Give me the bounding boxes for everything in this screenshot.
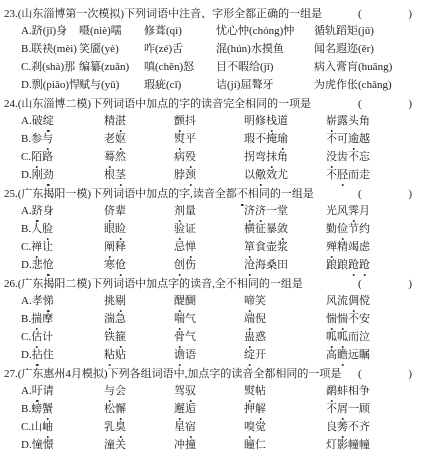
char: 目 [216,61,227,74]
char: 走 [359,169,370,182]
emphasized-char: 逾 [348,133,359,146]
option-word: 编纂(zuǎn) [79,61,129,74]
char: 二 [65,97,76,112]
char: ) [389,61,393,74]
option-word: 驾驭 [174,385,196,398]
option-word: 以儆效尤 [244,169,288,182]
char: 舌 [172,43,183,56]
emphasized-char: 殚 [326,241,337,254]
char: 点 [157,187,168,202]
option-label: B. [21,43,31,56]
option-word: 熨平 [174,133,196,146]
char: 跻 [32,25,43,38]
char: 壶 [266,241,277,254]
option-word: 风流倜傥 [326,295,370,308]
answer-brackets: () [358,187,416,202]
char: 字 [168,277,179,292]
option-word: 绽开 [244,349,266,362]
char: 山 [21,97,32,112]
question-block: 25.(广东揭阳一模)下列词语中加点的字,读音全都不相同的一组是()A.跻身侪辈… [4,187,416,272]
option-cell: A.跻(jī)身 [21,25,79,38]
char: 不 [348,313,359,326]
char: 语 [124,277,135,292]
char: 列 [102,97,113,112]
char: 模 [98,7,109,22]
bracket-close: ) [408,97,412,112]
char: 修 [255,115,266,128]
option-cell: 眼睑 [104,223,174,236]
emphasized-char: 鹬 [326,385,337,398]
char: 铁 [104,331,115,344]
option-row: C.刹(shà)那编纂(zuǎn)嗔(chēn)怒目不暇给(jǐ)病入膏肓(hu… [4,61,416,74]
char: 横 [244,223,255,236]
option-row: A.跻身侪辈剂量济济一堂光风霁月 [4,205,416,218]
emphasized-char: 呱 [326,331,337,344]
emphasized-char: 侪 [104,205,115,218]
emphasized-char: 解 [255,403,266,416]
char: 模 [76,97,87,112]
char: 心 [227,25,238,38]
option-cell: 瑕疵(cī) [144,79,216,92]
option-cell: 与会 [104,385,174,398]
char: 乳 [104,421,115,434]
option-word: 参与 [31,133,53,146]
char: 螃 [31,403,42,416]
char: 次 [87,7,98,22]
option-cell: 松懈 [104,403,174,416]
option-word: 明修栈道 [244,115,288,128]
option-word: 破绽 [32,115,54,128]
char: 约 [359,223,370,236]
emphasized-char: 创 [174,259,185,272]
char: 字 [179,97,190,112]
emphasized-char: 瞻 [337,349,348,362]
option-word: 星宿 [174,421,196,434]
char: 量 [185,205,196,218]
char: 词 [113,97,124,112]
option-cell: 阐释 [104,241,174,254]
char: 辈 [115,205,126,218]
char: 摩 [42,313,53,326]
emphasized-char: 醍 [174,295,185,308]
question-header: 23.(山东淄博第一次模拟)下列词语中注音、字形全都正确的一组是() [4,7,416,22]
option-word: 剂量 [174,205,196,218]
char: 列 [119,367,130,382]
option-word: 赋与(yǔ) [79,79,119,92]
char: 一 [348,403,359,416]
char: 编 [79,61,90,74]
option-cell: A.吁请 [21,385,104,398]
option-cell: 喘气 [174,313,244,326]
option-word: 吁请 [32,385,54,398]
option-cell: 以儆效尤 [244,169,326,182]
char: 相 [237,277,248,292]
char: 是 [330,367,341,382]
option-row: A.孝悌挑剔醍醐啼笑风流倜傥 [4,295,416,308]
char: 同 [286,367,297,382]
char: 中 [135,187,146,202]
char: 脖 [174,169,185,182]
char: 组 [300,7,311,22]
char: 田 [277,259,288,272]
char: ) [73,43,77,56]
char: 给 [249,61,260,74]
option-cell: 创伤 [174,259,244,272]
option-cell: B.人脸 [21,223,104,236]
char: 气 [185,331,196,344]
option-cell: 瞳仁 [244,439,326,450]
option-row: B.螃蟹松懈邂逅押解不屑一顾 [4,403,416,416]
char: 名 [325,43,336,56]
char: 弯 [255,151,266,164]
char: 瑕 [144,79,155,92]
char: 的 [190,97,201,112]
option-word: 病殁 [174,151,196,164]
option-cell: 精湛 [104,115,174,128]
char: 音 [201,277,212,292]
option-cell: 病入膏肓(huāng) [314,61,416,74]
char: 不 [326,403,337,416]
char: 刚 [32,169,43,182]
char: 的 [259,277,270,292]
char: 不 [326,133,337,146]
option-word: 联袂(mèi) [31,43,77,56]
question-number: 26. [4,277,18,292]
answer-brackets: () [358,97,416,112]
option-word: 循轨蹈矩(jū) [314,25,374,38]
emphasized-char: 惴 [326,313,337,326]
char: 的 [278,7,289,22]
option-row: D.刚劲根茎脖颈以儆效尤不胫而走 [4,169,416,182]
char: 全 [234,97,245,112]
char: 相 [245,97,256,112]
option-word: 铁箍 [104,331,126,344]
char: 读 [231,367,242,382]
char: 相 [348,385,359,398]
option-row: C.禅让阐释忌惮箪食壶浆殚精竭虑 [4,241,416,254]
option-cell: B.联袂(mèi) [21,43,79,56]
option-word: 为虎作伥(chāng) [314,79,392,92]
option-word: 揣摩 [31,313,53,326]
option-cell: 骨气 [174,331,244,344]
option-cell: 啼笑 [244,295,326,308]
char: 下 [91,97,102,112]
option-cell: 谵语 [174,349,244,362]
option-word: 箪食壶浆 [244,241,288,254]
emphasized-char: 箍 [115,331,126,344]
option-cell: 侪辈 [104,205,174,218]
emphasized-char: 臭 [115,421,126,434]
char: 加 [146,277,157,292]
char: 鱼 [273,43,284,56]
emphasized-char: 粘 [104,349,115,362]
char: 掩 [266,133,277,146]
char: 一 [65,187,76,202]
char: 字 [212,7,223,22]
char: 惠 [43,367,54,382]
char: 音 [190,7,201,22]
option-word: 咋(zé)舌 [144,43,183,56]
char: 矩 [347,25,358,38]
char: 中 [168,7,179,22]
char: 忧 [216,25,227,38]
emphasized-char: 俭 [337,223,348,236]
char: 加 [146,97,157,112]
char: 列 [102,277,113,292]
bracket-close: ) [408,367,412,382]
option-label: B. [21,313,31,326]
char: 广 [21,367,32,382]
emphasized-char: 与 [104,385,115,398]
char: 释 [115,241,126,254]
char: 东 [32,97,43,112]
option-word: 惴惴不安 [326,313,370,326]
option-word: 剽(piāo)悍 [32,79,80,92]
char: 证 [185,223,196,236]
option-cell: 嗔(chēn)怒 [144,61,216,74]
option-row: C.山岫乳臭星宿嗅觉良莠不齐 [4,421,416,434]
question-block: 24.(山东淄博二模)下列词语中加点的字的读音完全相同的一项是()A.破绽精湛颤… [4,97,416,182]
char: 忡 [238,25,249,38]
option-label: A. [21,115,32,128]
char: 拟 [93,367,104,382]
char: 点 [157,277,168,292]
char: 博 [54,97,65,112]
char: 月 [359,205,370,218]
char: 是 [292,277,303,292]
char: 各 [130,367,141,382]
char: 不 [227,61,238,74]
option-word: 估计 [31,331,53,344]
char: 揭 [43,187,54,202]
char: 一 [308,367,319,382]
char: 破 [32,115,43,128]
option-cell: 鹬蚌相争 [326,385,416,398]
answer-brackets: () [358,7,416,22]
emphasized-char: 幢 [348,439,359,450]
char: 孝 [32,295,43,308]
char: 东 [32,187,43,202]
option-cell: 押解 [244,403,326,416]
emphasized-char: 陌 [31,151,42,164]
option-cell: B.揣摩 [21,313,104,326]
emphasized-char: 邂 [174,403,185,416]
emphasized-char: 不 [237,187,248,202]
bracket-close: ) [408,277,412,292]
char: 拐 [244,151,255,164]
char: 的 [297,367,308,382]
option-cell: 冲撞 [174,439,244,450]
option-cell: B.螃蟹 [21,403,104,416]
emphasized-char: 与 [42,133,53,146]
char: 头 [348,115,359,128]
char: 暇 [238,61,249,74]
char: 膏 [336,61,347,74]
option-cell: 为虎作伥(chāng) [314,79,416,92]
option-word: 横征暴敛 [244,223,288,236]
char: 语 [124,97,135,112]
char: 参 [31,133,42,146]
char: 全 [215,187,226,202]
char: 星 [174,421,185,434]
char: 眼 [104,223,115,236]
option-word: 精湛 [104,115,126,128]
char: 挑 [104,295,115,308]
char: 语 [163,367,174,382]
char: 遐 [336,43,347,56]
option-cell: C.陌路 [21,151,104,164]
question-text: (广东惠州4月模拟)下列各组词语中,加点字的读音全都相同的一项是 [18,367,342,382]
char: 摸 [262,43,273,56]
answer-brackets: () [358,367,416,382]
emphasized-char: 拈 [32,349,43,362]
char: ) [178,25,182,38]
char: 列 [102,187,113,202]
option-word: 光风霁月 [326,205,370,218]
option-cell: 铁箍 [104,331,174,344]
emphasized-char: 没 [326,151,337,164]
emphasized-char: 怆 [43,259,54,272]
char: 瑕 [244,133,255,146]
option-cell: 潼关 [104,439,174,450]
char: 节 [348,223,359,236]
option-word: 鹬蚌相争 [326,385,370,398]
option-cell: 风流倜傥 [326,295,416,308]
char: 越 [359,133,370,146]
option-word: 创伤 [174,259,196,272]
option-cell: D.拈住 [21,349,104,362]
char: 而 [348,169,359,182]
char: 下 [91,187,102,202]
emphasized-char: 冲 [174,439,185,450]
char: 会 [115,385,126,398]
char: 作 [336,79,347,92]
char: 阳 [54,277,65,292]
emphasized-char: 屑 [337,403,348,416]
emphasized-char: 湍 [104,313,115,326]
char: 音 [204,187,215,202]
char: 暴 [266,223,277,236]
option-cell: 踉踉跄跄 [326,259,416,272]
emphasized-char: 睑 [115,223,126,236]
option-word: 啼笑 [244,295,266,308]
option-word: 眼睑 [104,223,126,236]
option-word: 骨气 [174,331,196,344]
option-cell: 驾驭 [174,385,244,398]
char: 押 [244,403,255,416]
char: 让 [42,241,53,254]
option-word: 勤俭节约 [326,223,370,236]
char: 词 [152,367,163,382]
option-word: 诘(jí)屈聱牙 [216,79,273,92]
char: 一 [278,97,289,112]
char: 仁 [255,439,266,450]
char: 浆 [277,241,288,254]
char: 风 [337,205,348,218]
option-word: 人脸 [31,223,53,236]
emphasized-char: 抹 [266,151,277,164]
emphasized-char: 济 [255,205,266,218]
char: 州 [54,367,65,382]
option-label: C. [21,151,31,164]
option-word: 蛊惑 [244,331,266,344]
char: 疵 [155,79,166,92]
char: 抖 [185,115,196,128]
emphasized-char: 憧 [32,439,43,450]
exam-page: 23.(山东淄博第一次模拟)下列词语中注音、字形全都正确的一组是()A.跻(jī… [0,0,422,450]
char: 列 [135,7,146,22]
char: 角 [277,151,288,164]
char: 的 [168,187,179,202]
option-cell: 熨平 [174,133,244,146]
option-cell: 剂量 [174,205,244,218]
char: 读 [190,277,201,292]
char: ) [370,43,374,56]
char: 良 [326,421,337,434]
char: 字 [209,367,220,382]
option-row: D.剽(piāo)悍赋与(yǔ)瑕疵(cī)诘(jí)屈聱牙为虎作伥(chāng… [4,79,416,92]
char: 入 [325,61,336,74]
option-word: 不胫而走 [326,169,370,182]
question-number: 25. [4,187,18,202]
emphasized-char: 栈 [266,115,277,128]
option-cell: 济济一堂 [244,205,326,218]
char: 道 [277,115,288,128]
option-word: 殚精竭虑 [326,241,370,254]
bracket-close: ) [408,7,412,22]
char: 下 [91,277,102,292]
char: 气 [185,313,196,326]
option-cell: 高瞻远瞩 [326,349,416,362]
char: 注 [179,7,190,22]
option-label: D. [21,439,32,450]
option-cell: 邂逅 [174,403,244,416]
option-word: 根茎 [104,169,126,182]
char: 都 [245,7,256,22]
char: 月 [71,367,82,382]
option-row: D.拈住粘贴谵语绽开高瞻远瞩 [4,349,416,362]
char: 葺 [155,25,166,38]
char: 东 [32,7,43,22]
char: 伥 [347,79,358,92]
option-cell: 殚精竭虑 [326,241,416,254]
char: 远 [348,349,359,362]
option-word: 刹(shà)那 [31,61,75,74]
char: 词 [146,7,157,22]
question-header: 27.(广东惠州4月模拟)下列各组词语中,加点字的读音全都相同的一项是() [4,367,416,382]
char: 是 [311,7,322,22]
char: 的 [270,187,281,202]
char: 精 [104,115,115,128]
char: 开 [255,349,266,362]
char: 的 [267,97,278,112]
option-word: 不屑一顾 [326,403,370,416]
option-row: C.估计铁箍骨气蛊惑呱呱而泣 [4,331,416,344]
option-word: 沧海桑田 [244,259,288,272]
option-word: 谵语 [174,349,196,362]
char: 精 [337,241,348,254]
emphasized-char: 揣 [31,313,42,326]
option-cell: 勤俭节约 [326,223,416,236]
option-cell: 忧心忡(chóng)忡 [216,25,314,38]
char: 瞩 [359,349,370,362]
option-label: B. [21,403,31,416]
bracket-open: ( [358,7,362,22]
char: 关 [115,439,126,450]
option-cell: 良莠不齐 [326,421,416,434]
char: 贴 [115,349,126,362]
char: 明 [244,115,255,128]
